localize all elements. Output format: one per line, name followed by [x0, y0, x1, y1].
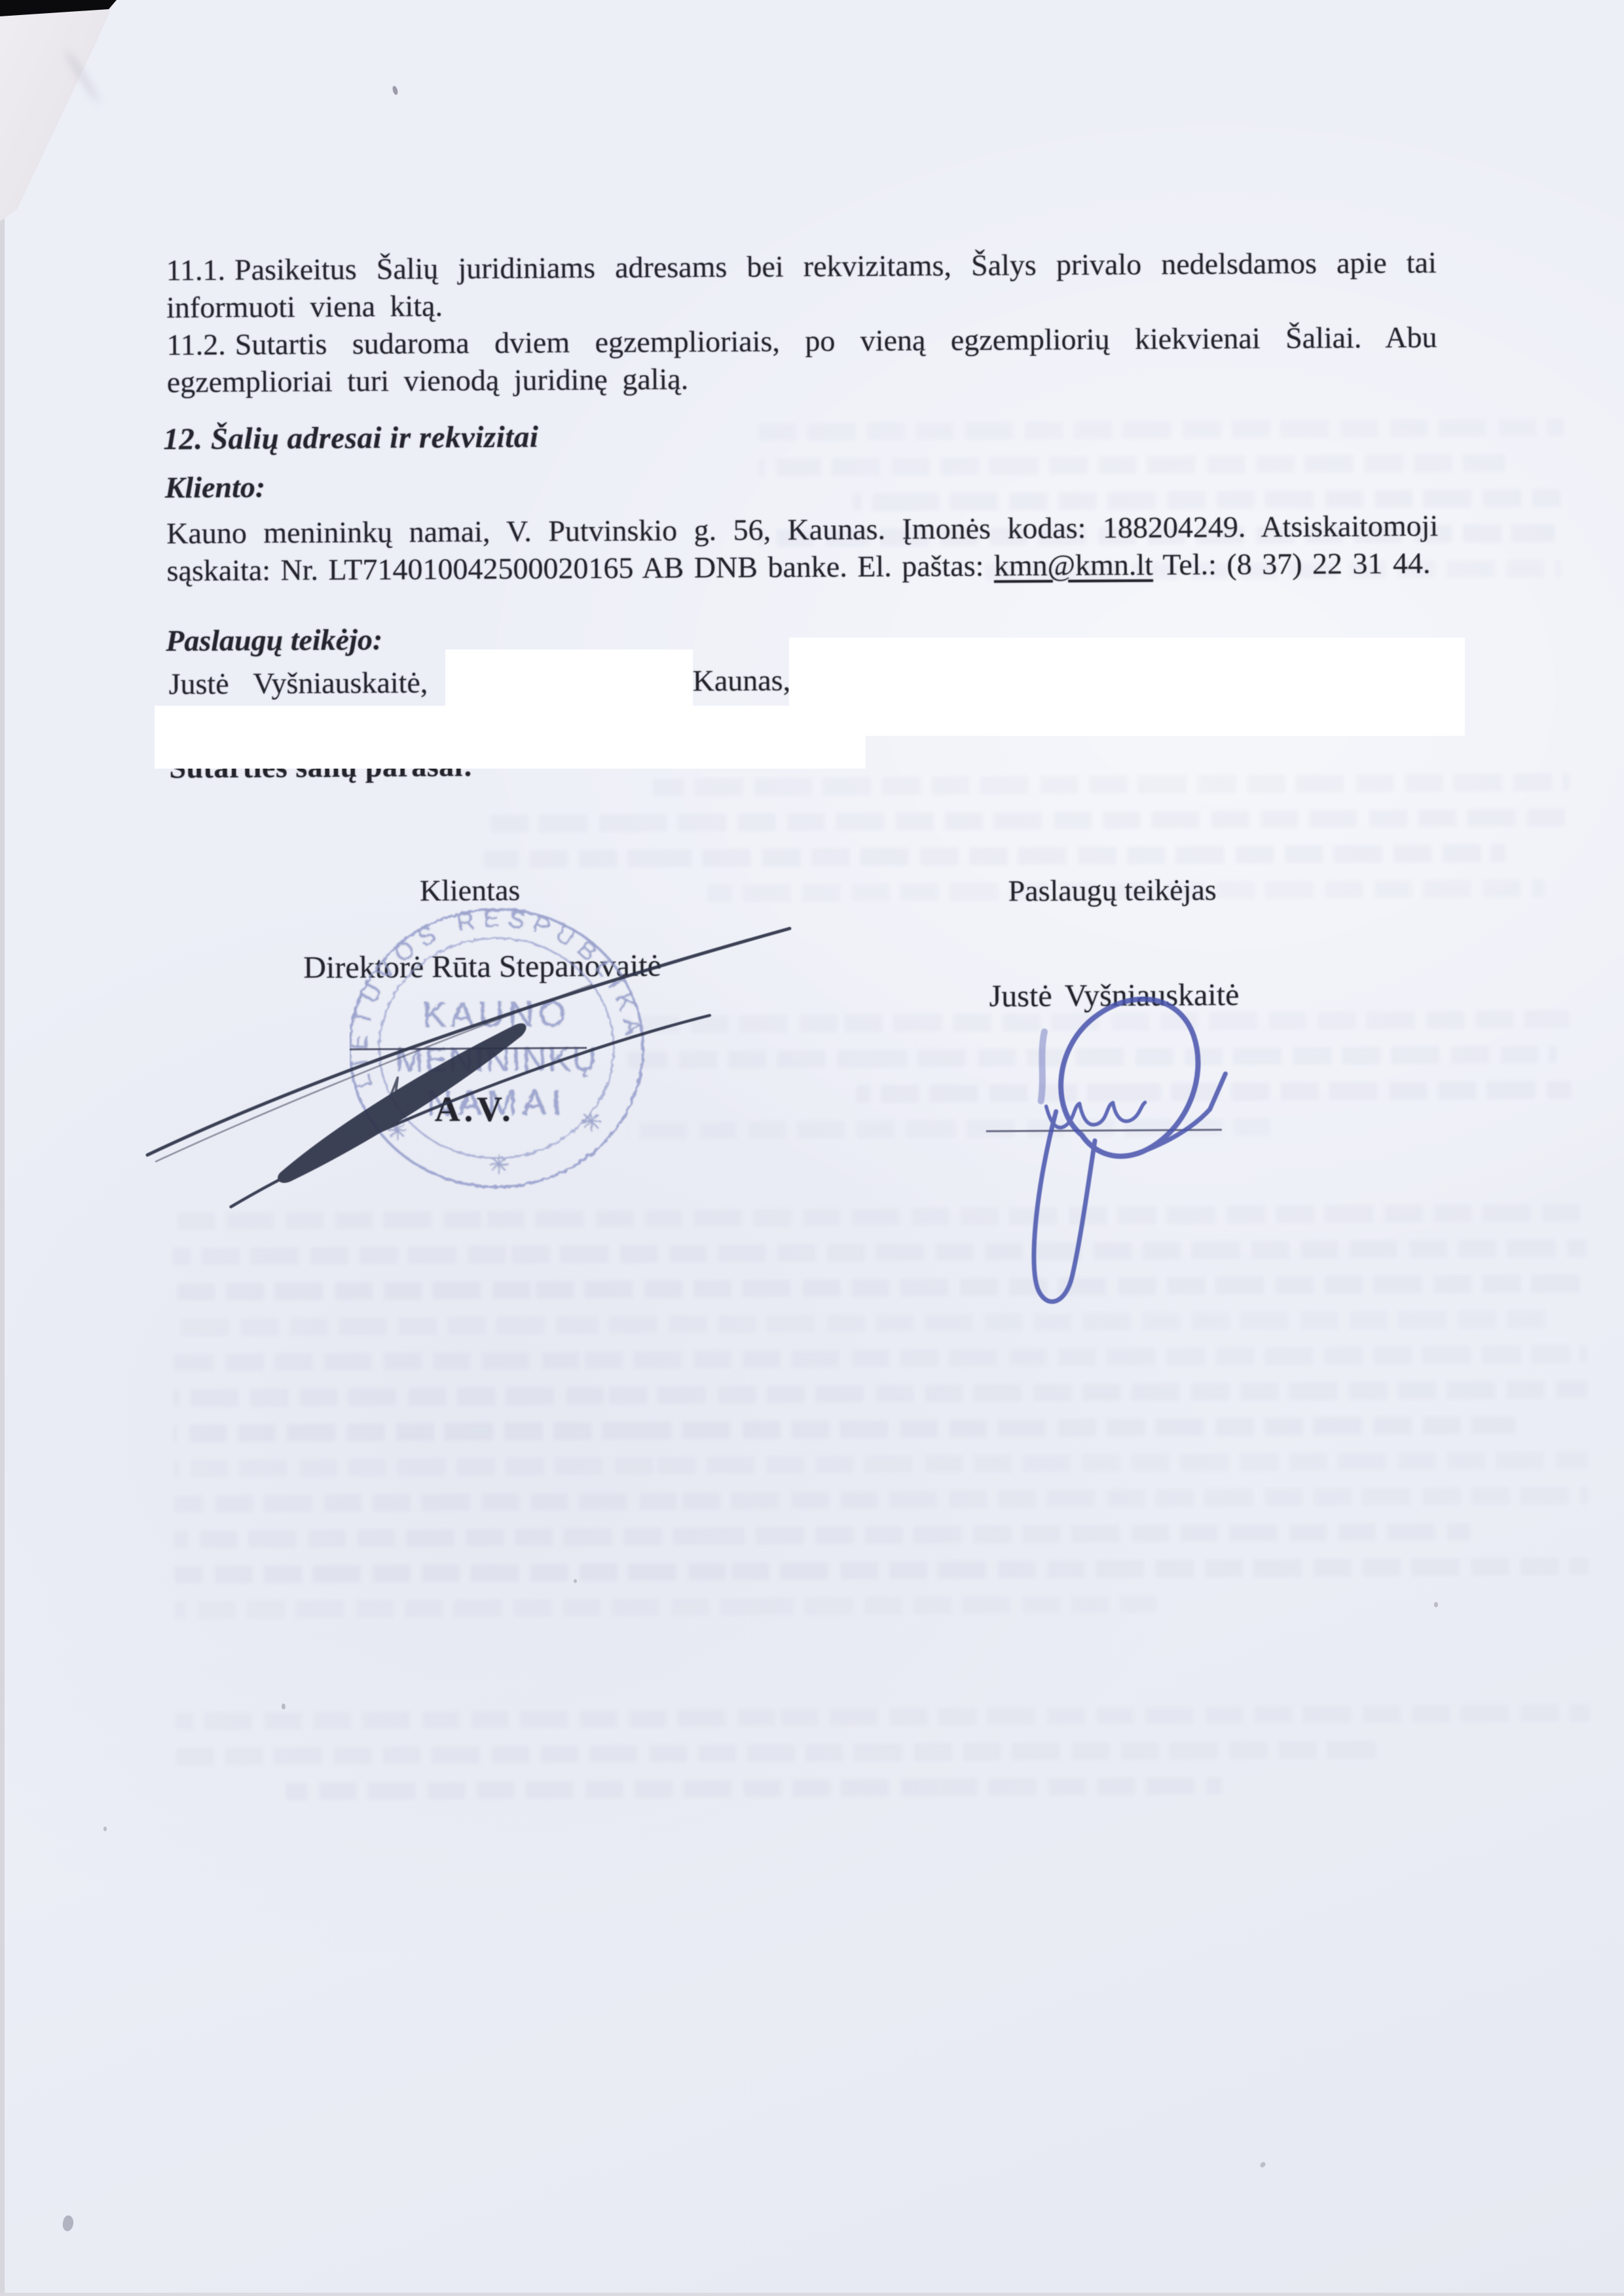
- document-content: 11.1.Pasikeitus Šalių juridiniams adresa…: [0, 0, 1624, 2296]
- redaction-box-2: [789, 638, 1465, 736]
- signatures-layer: [0, 0, 1624, 2296]
- redaction-box-3: [155, 706, 866, 769]
- scanned-contract-page: 11.1.Pasikeitus Šalių juridiniams adresa…: [0, 0, 1624, 2296]
- provider-signature: [1032, 998, 1227, 1302]
- client-signature: [146, 928, 792, 1207]
